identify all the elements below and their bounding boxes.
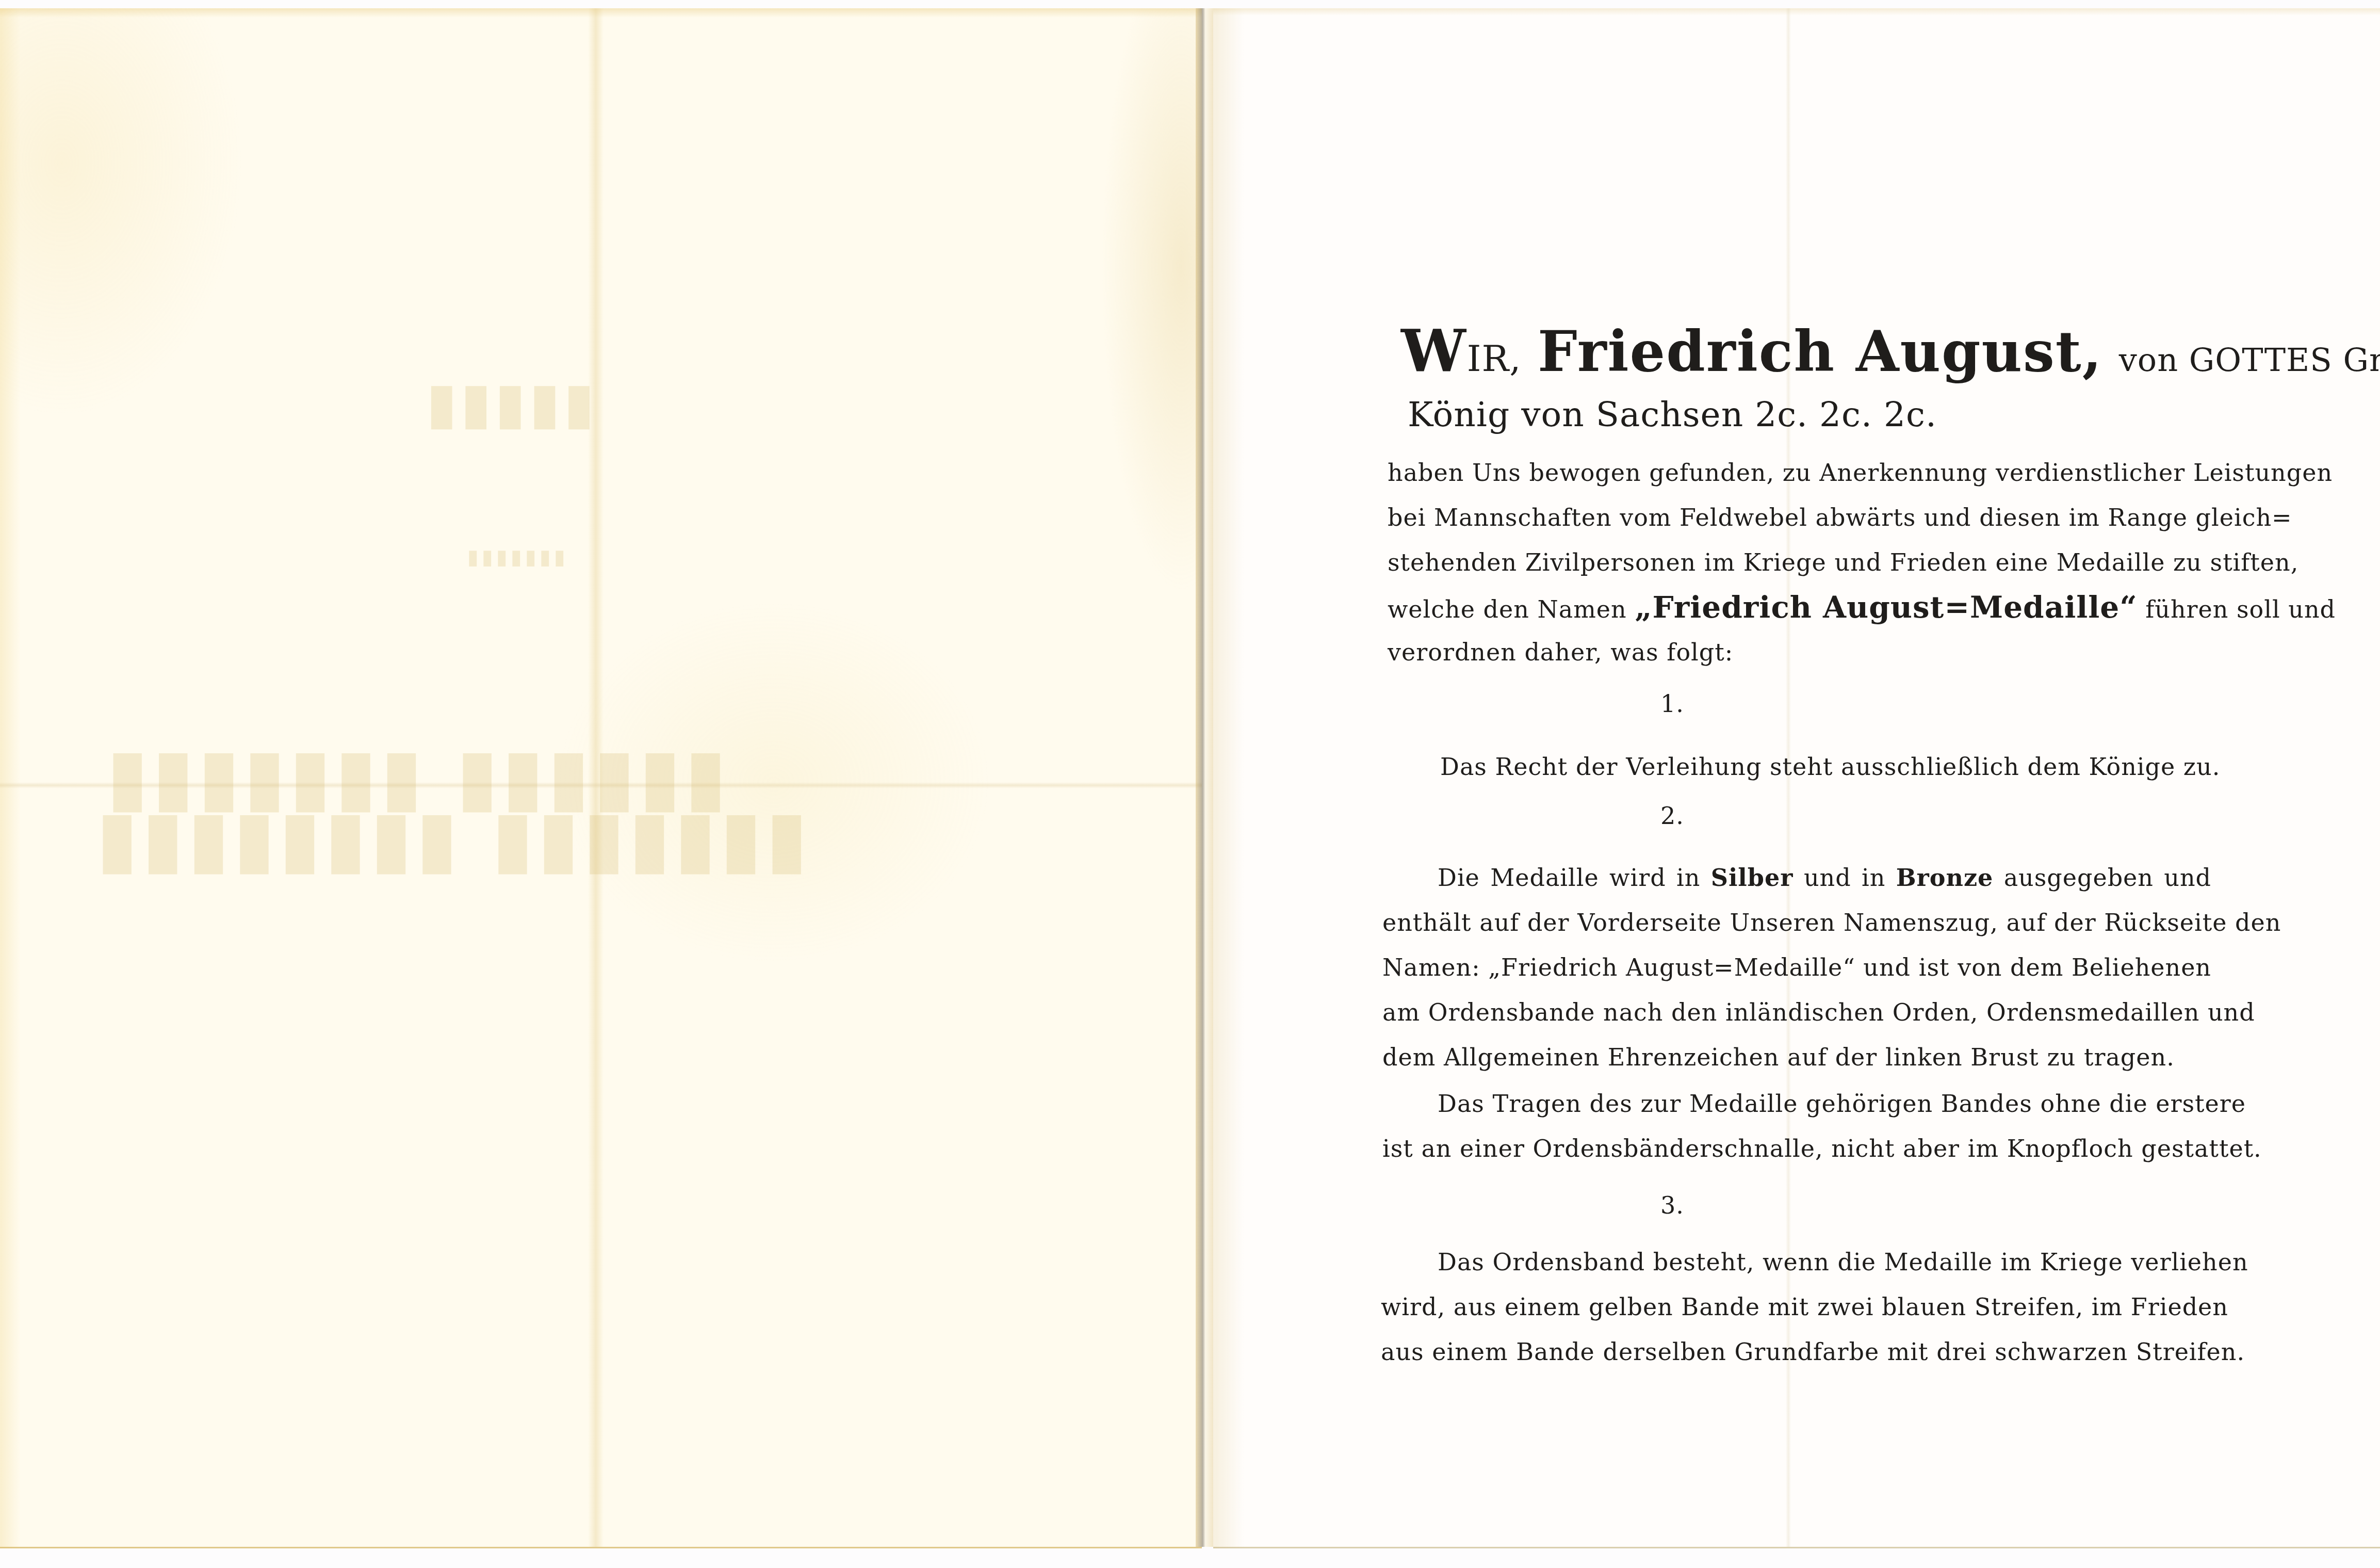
left-page-blank: ▮▮▮▮▮ ▮▮▮▮▮▮▮ ▮▮▮▮▮▮ ▮▮▮▮▮▮▮ ▮▮▮▮▮▮▮ ▮▮▮… <box>0 8 1202 1548</box>
heading-line: WIR, Friedrich August, von GOTTES Gnaden <box>1401 323 2380 389</box>
preamble-line: bei Mannschaften vom Feldwebel abwärts u… <box>1388 502 2213 533</box>
heading-subtitle: König von Sachsen 2c. 2c. 2c. <box>1213 394 2131 435</box>
section-2-line: Namen: „Friedrich August=Medaille“ und i… <box>1382 952 2211 983</box>
preamble-line: haben Uns bewogen gefunden, zu Anerkennu… <box>1388 457 2213 488</box>
section-1-text: Das Recht der Verleihung steht ausschlie… <box>1440 751 2220 782</box>
center-spine-fold <box>1196 8 1213 1547</box>
section-3-line: Das Ordensband besteht, wenn die Medaill… <box>1438 1247 2211 1278</box>
right-page-decree: WIR, Friedrich August, von GOTTES Gnaden… <box>1213 8 2380 1548</box>
section-2-line: am Ordensbande nach den inländischen Ord… <box>1382 997 2211 1028</box>
section-2-line: dem Allgemeinen Ehrenzeichen auf der lin… <box>1382 1042 2175 1073</box>
preamble-line: stehenden Zivilpersonen im Kriege und Fr… <box>1388 547 2213 578</box>
section-2-line: Die Medaille wird in Silber und in Bronz… <box>1438 862 2211 893</box>
medal-name: „Friedrich August=Medaille“ <box>1635 590 2137 625</box>
heading-wir-rest: IR, <box>1467 337 1522 380</box>
section-number: 2. <box>1213 800 2131 831</box>
section-3-line: aus einem Bande derselben Grundfarbe mit… <box>1381 1336 2211 1367</box>
section-3-line: wird, aus einem gelben Bande mit zwei bl… <box>1381 1291 2211 1322</box>
scanned-sheet: ▮▮▮▮▮ ▮▮▮▮▮▮▮ ▮▮▮▮▮▮ ▮▮▮▮▮▮▮ ▮▮▮▮▮▮▮ ▮▮▮… <box>0 8 2380 1547</box>
section-number: 1. <box>1213 688 2131 719</box>
show-through-mark: ▮▮▮▮▮▮▮ ▮▮▮▮▮▮▮▮ <box>93 793 808 883</box>
section-2-line: Das Tragen des zur Medaille gehörigen Ba… <box>1438 1088 2211 1119</box>
heading-by-grace: von GOTTES Gnaden <box>2119 341 2380 379</box>
metal-bronze: Bronze <box>1896 864 1994 892</box>
show-through-mark: ▮▮▮▮▮ <box>423 369 595 436</box>
heading-wir-initial: W <box>1401 317 1467 385</box>
show-through-mark: ▮▮▮▮▮▮▮ <box>464 545 565 569</box>
section-2-line: enthält auf der Vorderseite Unseren Name… <box>1382 907 2211 938</box>
heading-king-name: Friedrich August, <box>1538 319 2102 384</box>
preamble-line: welche den Namen „Friedrich August=Medai… <box>1388 592 2213 625</box>
preamble-line: verordnen daher, was folgt: <box>1388 637 1733 668</box>
metal-silver: Silber <box>1711 864 1794 892</box>
section-2-line: ist an einer Ordensbänderschnalle, nicht… <box>1382 1133 2211 1164</box>
section-number: 3. <box>1213 1190 2131 1221</box>
